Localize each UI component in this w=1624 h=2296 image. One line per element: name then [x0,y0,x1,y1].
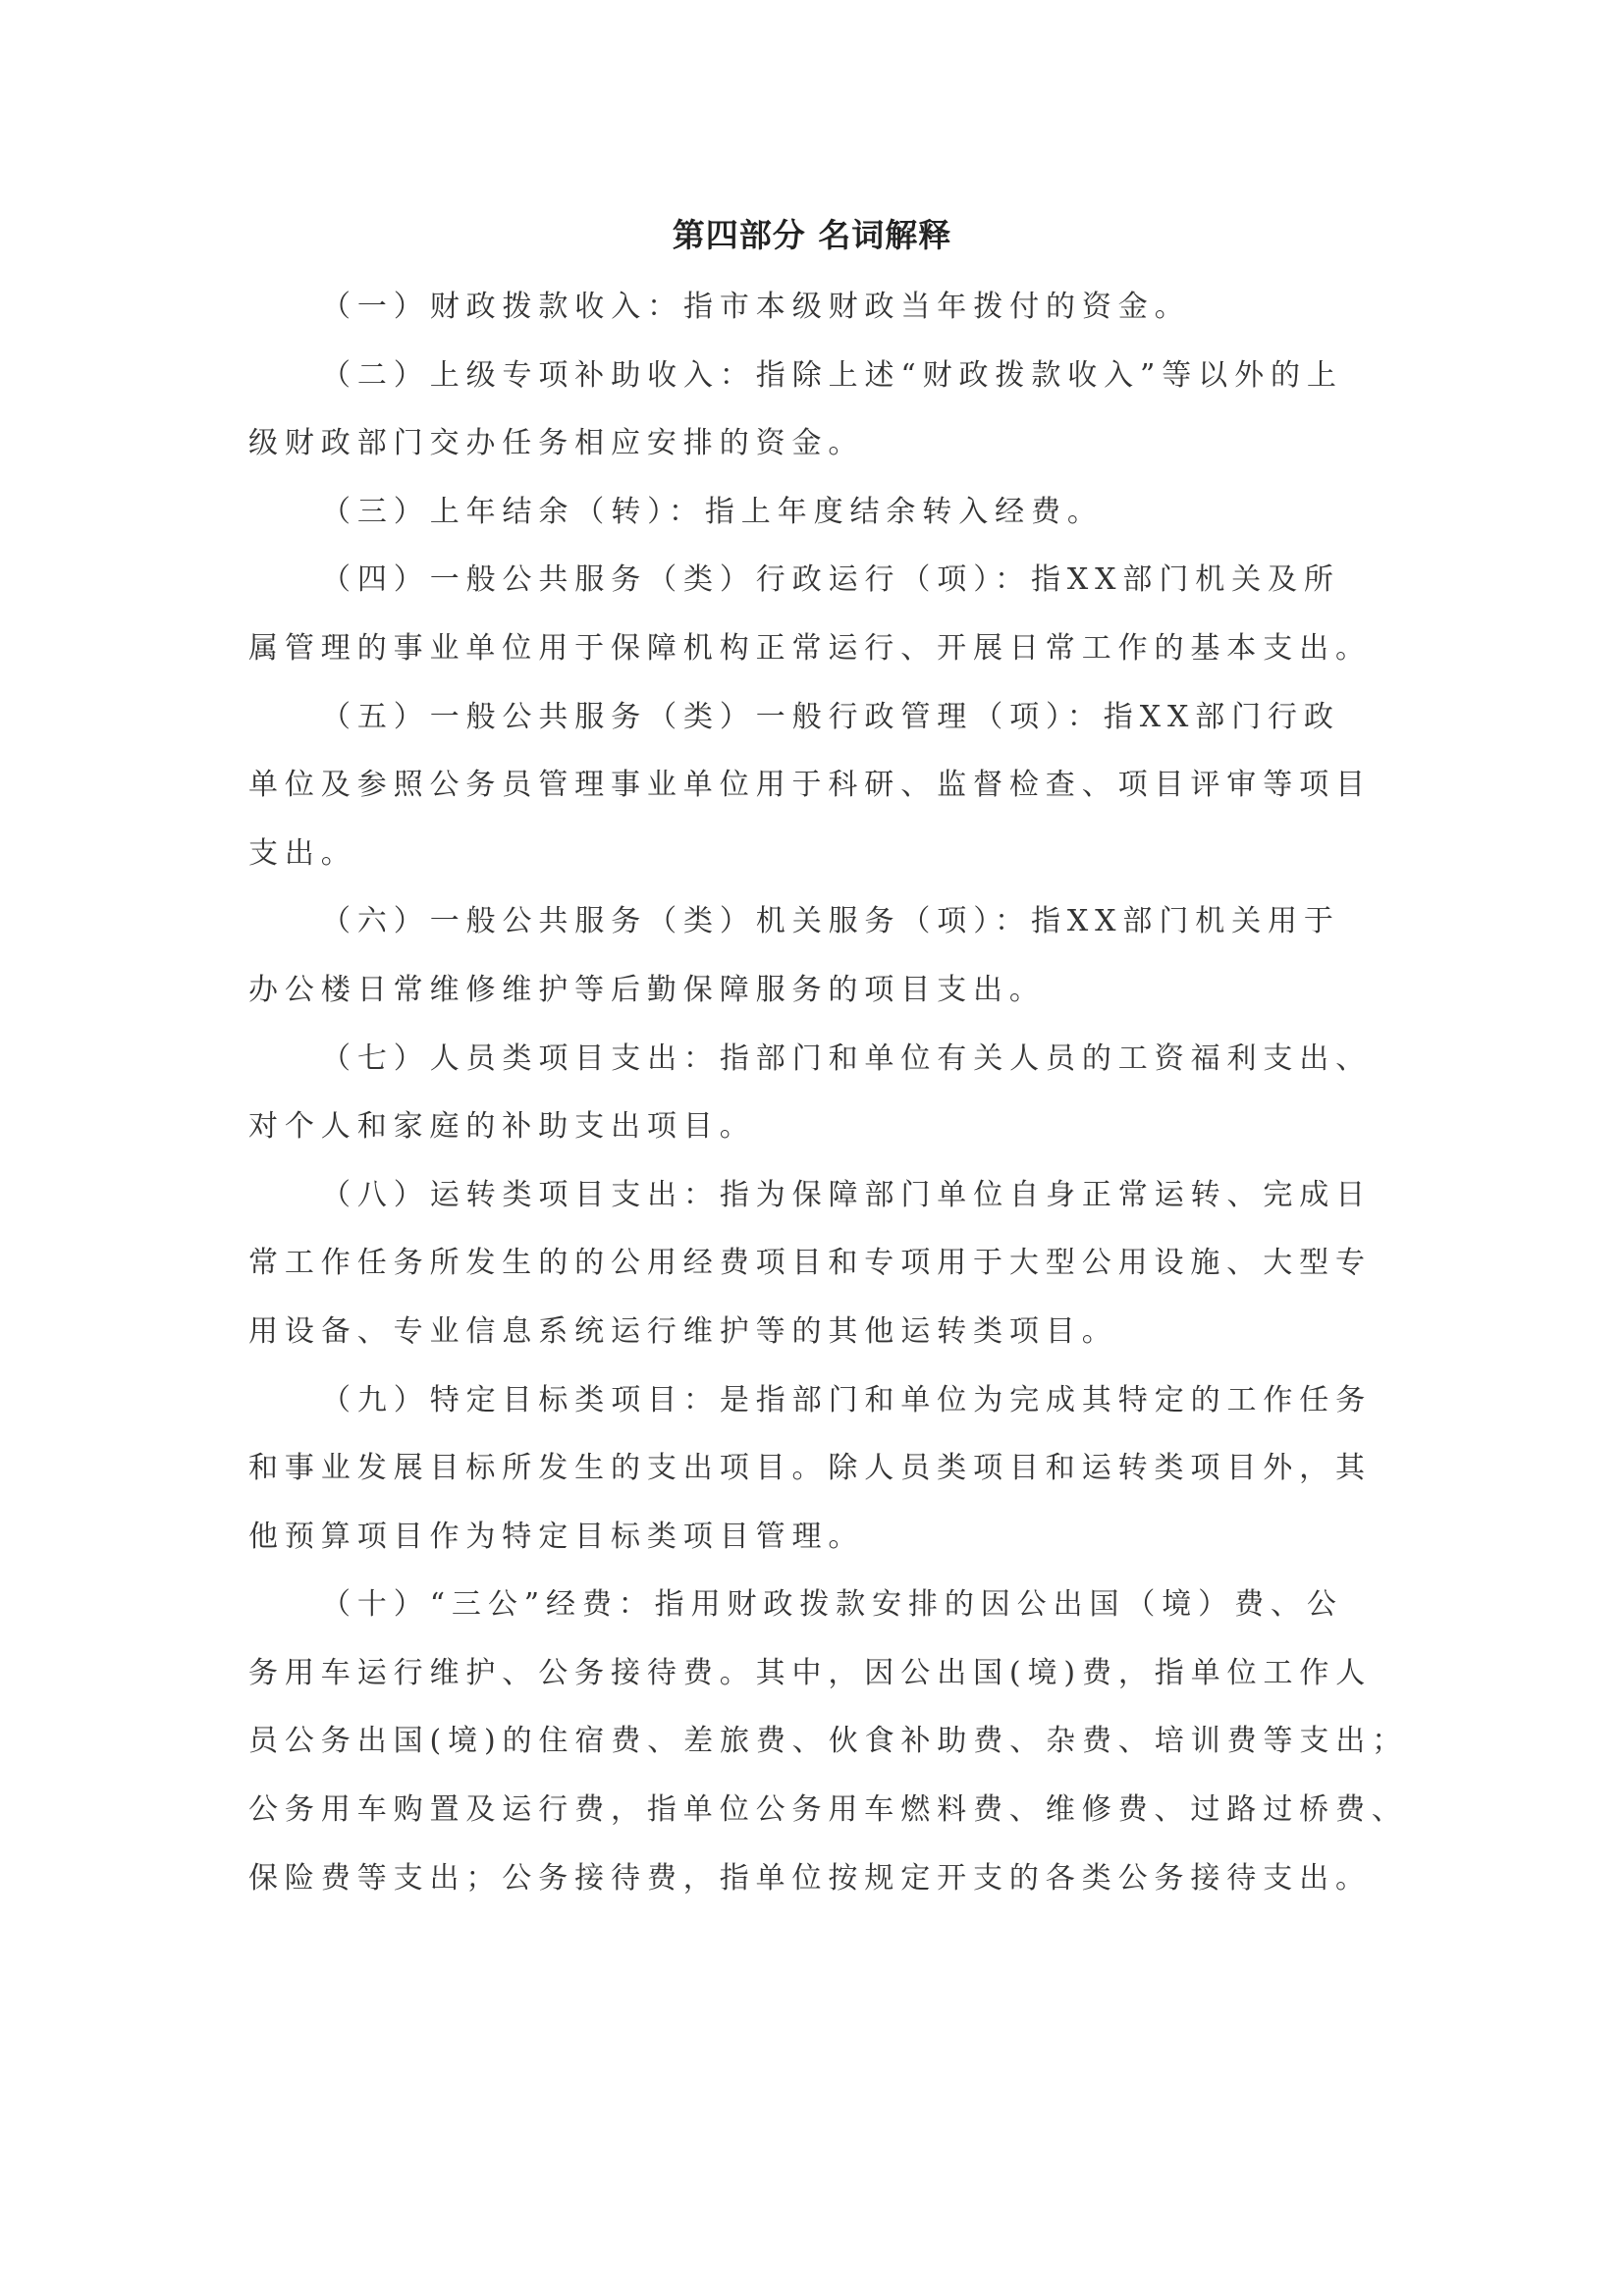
paragraph-line: （二）上级专项补助收入：指除上述“财政拨款收入”等以外的上 [248,342,1387,410]
paragraph-line: 属管理的事业单位用于保障机构正常运行、开展日常工作的基本支出。 [248,614,1387,683]
paragraph-8: （八）运转类项目支出：指为保障部门单位自身正常运转、完成日 常工作任务所发生的的… [248,1161,1387,1366]
paragraph-line: （十）“三公”经费：指用财政拨款安排的因公出国（境）费、公 [248,1571,1387,1639]
document-page: 第四部分 名词解释 （一）财政拨款收入：指市本级财政当年拨付的资金。 （二）上级… [0,0,1624,2296]
paragraph-7: （七）人员类项目支出：指部门和单位有关人员的工资福利支出、 对个人和家庭的补助支… [248,1025,1387,1161]
paragraph-5: （五）一般公共服务（类）一般行政管理（项）：指XX部门行政 单位及参照公务员管理… [248,683,1387,888]
paragraph-10: （十）“三公”经费：指用财政拨款安排的因公出国（境）费、公 务用车运行维护、公务… [248,1571,1387,1912]
paragraph-line: 用设备、专业信息系统运行维护等的其他运转类项目。 [248,1298,1387,1366]
paragraph-line: （七）人员类项目支出：指部门和单位有关人员的工资福利支出、 [248,1025,1387,1094]
paragraph-9: （九）特定目标类项目：是指部门和单位为完成其特定的工作任务 和事业发展目标所发生… [248,1366,1387,1572]
paragraph-line: 保险费等支出；公务接待费，指单位按规定开支的各类公务接待支出。 [248,1844,1387,1913]
paragraph-line: 单位及参照公务员管理事业单位用于科研、监督检查、项目评审等项目 [248,751,1387,820]
paragraph-line: 支出。 [248,820,1387,888]
paragraph-line: 务用车运行维护、公务接待费。其中，因公出国(境)费，指单位工作人 [248,1639,1387,1708]
paragraph-line: 员公务出国(境)的住宿费、差旅费、伙食补助费、杂费、培训费等支出； [248,1707,1387,1776]
paragraph-line: （四）一般公共服务（类）行政运行（项）：指XX部门机关及所 [248,546,1387,614]
paragraph-2: （二）上级专项补助收入：指除上述“财政拨款收入”等以外的上 级财政部门交办任务相… [248,342,1387,478]
paragraph-line: （八）运转类项目支出：指为保障部门单位自身正常运转、完成日 [248,1161,1387,1230]
page-title: 第四部分 名词解释 [0,214,1624,257]
paragraph-6: （六）一般公共服务（类）机关服务（项）：指XX部门机关用于 办公楼日常维修维护等… [248,887,1387,1024]
paragraph-line: 级财政部门交办任务相应安排的资金。 [248,409,1387,478]
paragraph-4: （四）一般公共服务（类）行政运行（项）：指XX部门机关及所 属管理的事业单位用于… [248,546,1387,682]
paragraph-1: （一）财政拨款收入：指市本级财政当年拨付的资金。 [248,273,1387,342]
document-body: （一）财政拨款收入：指市本级财政当年拨付的资金。 （二）上级专项补助收入：指除上… [248,273,1387,1912]
paragraph-3: （三）上年结余（转）：指上年度结余转入经费。 [248,478,1387,547]
paragraph-line: 办公楼日常维修维护等后勤保障服务的项目支出。 [248,956,1387,1025]
paragraph-line: （五）一般公共服务（类）一般行政管理（项）：指XX部门行政 [248,683,1387,752]
paragraph-line: 对个人和家庭的补助支出项目。 [248,1093,1387,1161]
paragraph-line: 常工作任务所发生的的公用经费项目和专项用于大型公用设施、大型专 [248,1229,1387,1298]
paragraph-line: （三）上年结余（转）：指上年度结余转入经费。 [248,478,1387,547]
paragraph-line: （九）特定目标类项目：是指部门和单位为完成其特定的工作任务 [248,1366,1387,1435]
paragraph-line: 他预算项目作为特定目标类项目管理。 [248,1503,1387,1572]
paragraph-line: 公务用车购置及运行费，指单位公务用车燃料费、维修费、过路过桥费、 [248,1776,1387,1844]
paragraph-line: （六）一般公共服务（类）机关服务（项）：指XX部门机关用于 [248,887,1387,956]
paragraph-line: （一）财政拨款收入：指市本级财政当年拨付的资金。 [248,273,1387,342]
paragraph-line: 和事业发展目标所发生的支出项目。除人员类项目和运转类项目外，其 [248,1434,1387,1503]
